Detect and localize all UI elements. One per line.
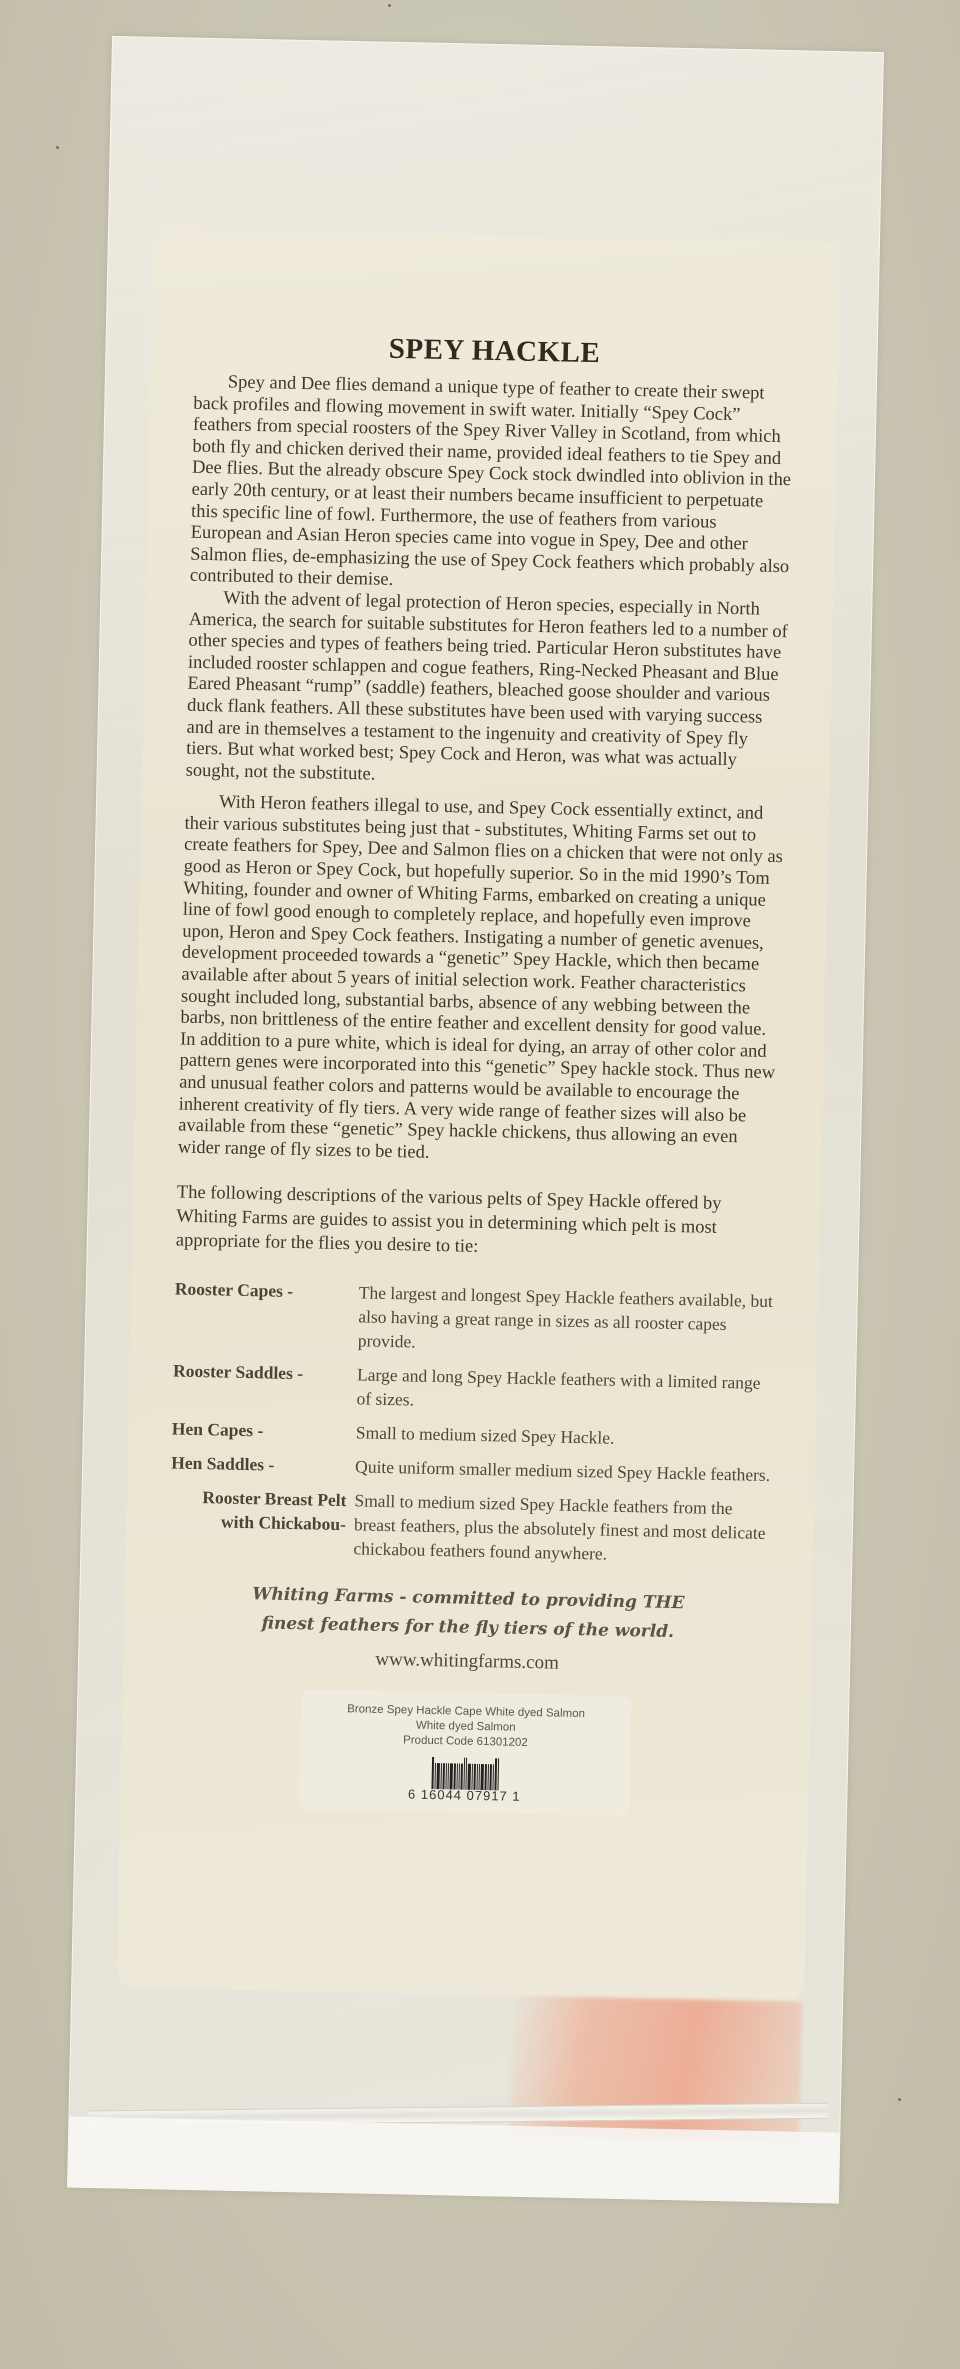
pelt-row: Rooster Breast Pelt with Chickabou- Smal… xyxy=(169,1485,771,1580)
pelt-name-line: with Chickabou- xyxy=(170,1509,346,1537)
slogan: Whiting Farms - committed to providing T… xyxy=(168,1579,769,1650)
plastic-bag: SPEY HACKLE Spey and Dee flies demand a … xyxy=(67,36,884,2204)
paragraph-whiting-farms: With Heron feathers illegal to use, and … xyxy=(178,792,786,1172)
pelt-description: Small to medium sized Spey Hackle feathe… xyxy=(353,1489,771,1580)
bag-bottom-flap xyxy=(68,2116,839,2202)
product-label: Bronze Spey Hackle Cape White dyed Salmo… xyxy=(299,1690,631,1817)
pelt-name: Hen Capes - xyxy=(171,1417,356,1455)
card-title: SPEY HACKLE xyxy=(194,329,795,375)
pelt-name: Rooster Breast Pelt with Chickabou- xyxy=(169,1485,355,1571)
pelt-description: Large and long Spey Hackle feathers with… xyxy=(356,1363,773,1430)
background-speck xyxy=(898,2098,901,2101)
pelt-name: Rooster Saddles - xyxy=(172,1359,357,1421)
paragraph-history: Spey and Dee flies demand a unique type … xyxy=(190,372,794,600)
pelt-row: Rooster Capes - The largest and longest … xyxy=(173,1277,775,1372)
pelt-name-line: Rooster Breast Pelt xyxy=(170,1485,346,1513)
card-content: SPEY HACKLE Spey and Dee flies demand a … xyxy=(164,329,795,1820)
website-url: www.whitingfarms.com xyxy=(167,1645,767,1680)
pelt-name: Rooster Capes - xyxy=(173,1277,359,1363)
background-speck xyxy=(56,146,59,149)
pelts-intro: The following descriptions of the variou… xyxy=(176,1181,777,1266)
product-card: SPEY HACKLE Spey and Dee flies demand a … xyxy=(116,228,841,2002)
paragraph-substitutes: With the advent of legal protection of H… xyxy=(185,588,789,795)
pelt-descriptions: Rooster Capes - The largest and longest … xyxy=(169,1277,775,1580)
pelt-description: The largest and longest Spey Hackle feat… xyxy=(357,1281,775,1372)
pelt-name: Hen Saddles - xyxy=(171,1451,356,1489)
background-speck xyxy=(388,4,391,7)
